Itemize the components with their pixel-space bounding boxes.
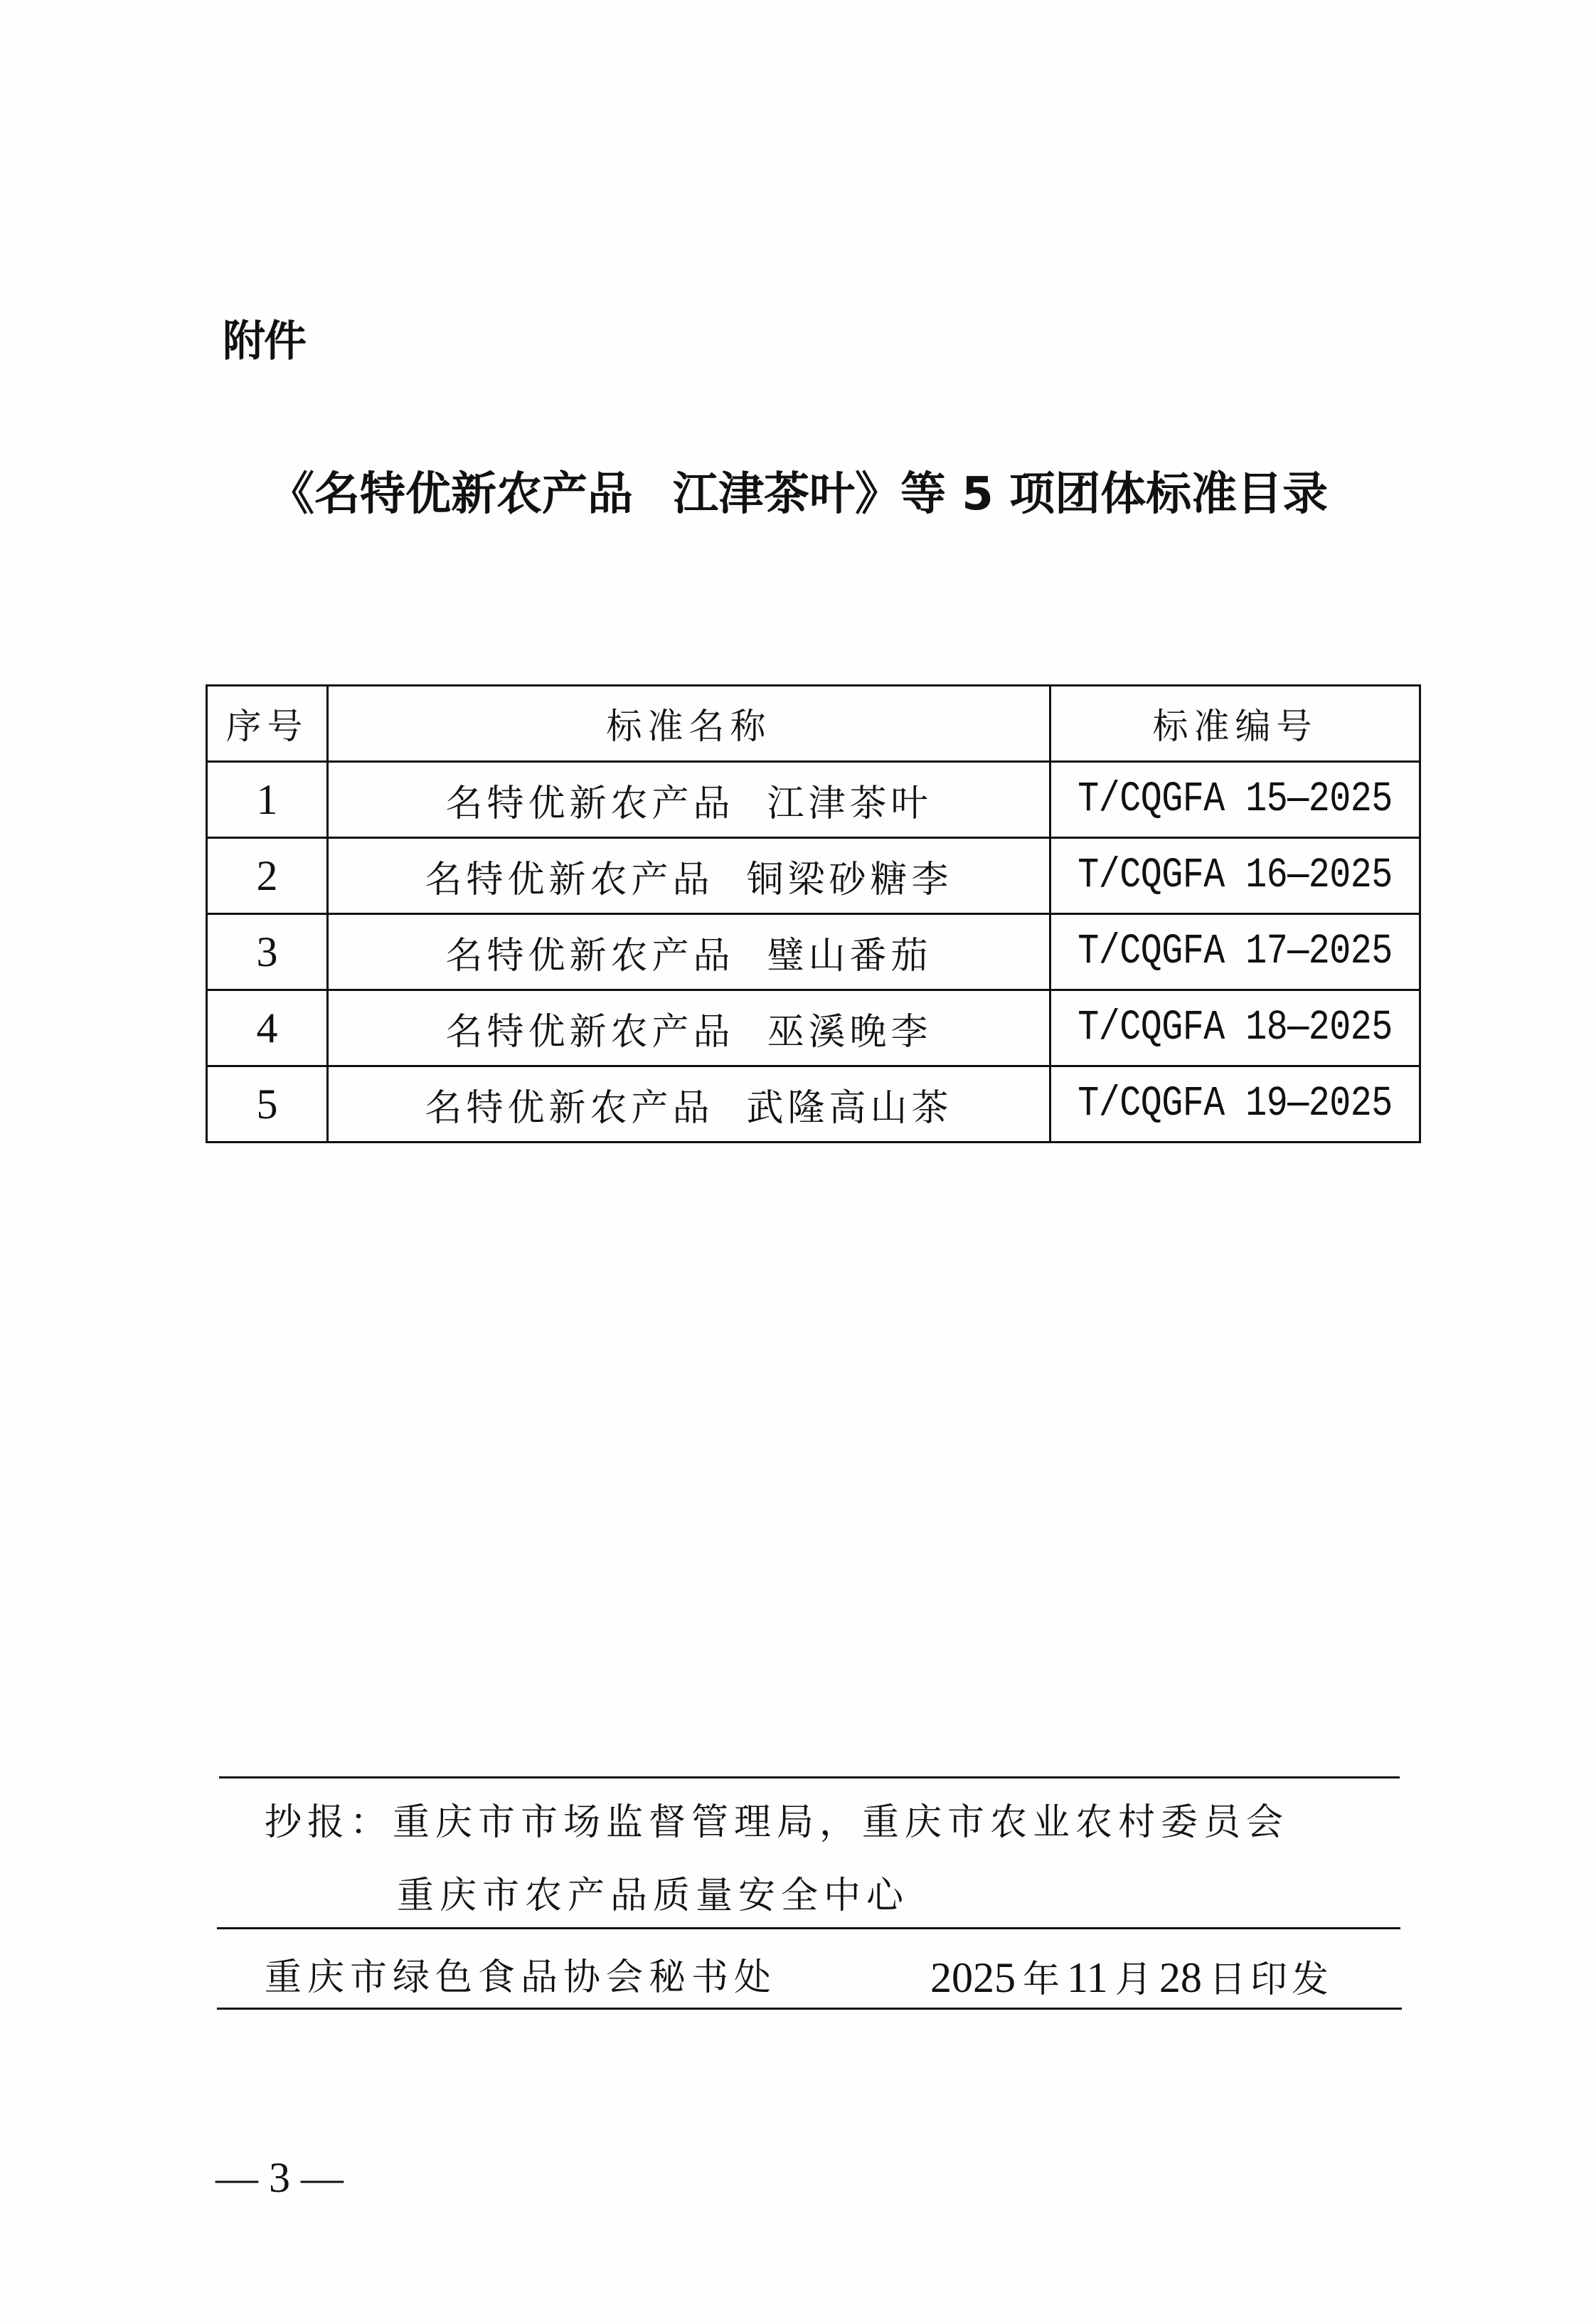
name-product: 巫溪晚李 bbox=[767, 1011, 932, 1054]
name-prefix: 名特优新农产品 bbox=[425, 859, 713, 901]
row-standard-name: 名特优新农产品璧山番茄 bbox=[328, 914, 1050, 990]
row-standard-code: T/CQGFA 16—2025 bbox=[1078, 852, 1393, 899]
footer-middle-rule bbox=[217, 1927, 1400, 1929]
issue-month: 11 bbox=[1067, 1954, 1108, 2001]
document-title: 《名特优新农产品江津茶叶》等 5 项团体标准目录 bbox=[269, 462, 1378, 526]
issue-date: 2025年11月28日印发 bbox=[930, 1953, 1340, 2005]
row-standard-code-cell: T/CQGFA 18—2025 bbox=[1050, 990, 1420, 1066]
row-standard-code: T/CQGFA 18—2025 bbox=[1078, 1004, 1393, 1051]
row-standard-code-cell: T/CQGFA 17—2025 bbox=[1050, 914, 1420, 990]
name-product: 江津茶叶 bbox=[767, 783, 932, 825]
name-product: 璧山番茄 bbox=[767, 935, 932, 977]
page-number: — 3 — bbox=[216, 2153, 344, 2202]
row-standard-name: 名特优新农产品武隆高山茶 bbox=[328, 1066, 1050, 1143]
row-index: 3 bbox=[207, 914, 328, 990]
row-standard-code: T/CQGFA 19—2025 bbox=[1078, 1080, 1393, 1128]
row-standard-code: T/CQGFA 17—2025 bbox=[1078, 928, 1393, 975]
cc-line-1: 抄报：重庆市市场监督管理局，重庆市农业农村委员会 bbox=[265, 1798, 1289, 1847]
table-header-row: 序号 标准名称 标准编号 bbox=[207, 686, 1420, 762]
row-standard-name: 名特优新农产品铜梁砂糖李 bbox=[328, 838, 1050, 914]
table-row: 5 名特优新农产品武隆高山茶 T/CQGFA 19—2025 bbox=[207, 1066, 1420, 1143]
attachment-label: 附件 bbox=[223, 313, 305, 370]
table-row: 2 名特优新农产品铜梁砂糖李 T/CQGFA 16—2025 bbox=[207, 838, 1420, 914]
row-index: 2 bbox=[207, 838, 328, 914]
table-row: 3 名特优新农产品璧山番茄 T/CQGFA 17—2025 bbox=[207, 914, 1420, 990]
header-standard-code: 标准编号 bbox=[1050, 686, 1420, 762]
issue-day: 28 bbox=[1159, 1954, 1202, 2001]
row-standard-name: 名特优新农产品巫溪晚李 bbox=[328, 990, 1050, 1066]
footer-top-rule bbox=[219, 1776, 1400, 1778]
cc-line-2: 重庆市农产品质量安全中心 bbox=[397, 1871, 909, 1921]
name-prefix: 名特优新农产品 bbox=[425, 1087, 713, 1130]
row-standard-name: 名特优新农产品江津茶叶 bbox=[328, 762, 1050, 838]
name-prefix: 名特优新农产品 bbox=[445, 935, 734, 977]
name-product: 铜梁砂糖李 bbox=[747, 859, 953, 901]
row-standard-code: T/CQGFA 15—2025 bbox=[1078, 775, 1393, 823]
row-standard-code-cell: T/CQGFA 16—2025 bbox=[1050, 838, 1420, 914]
document-title-part1: 《名特优新农产品 bbox=[269, 468, 633, 521]
issue-month-unit: 月 bbox=[1115, 1958, 1152, 2001]
document-page: 附件 《名特优新农产品江津茶叶》等 5 项团体标准目录 序号 标准名称 标准编号… bbox=[0, 0, 1596, 2322]
table-row: 1 名特优新农产品江津茶叶 T/CQGFA 15—2025 bbox=[207, 762, 1420, 838]
standards-table: 序号 标准名称 标准编号 1 名特优新农产品江津茶叶 T/CQGFA 15—20… bbox=[206, 684, 1421, 1143]
issuer: 重庆市绿色食品协会秘书处 bbox=[265, 1953, 777, 2003]
issue-year-unit: 年 bbox=[1023, 1958, 1060, 2001]
table-row: 4 名特优新农产品巫溪晚李 T/CQGFA 18—2025 bbox=[207, 990, 1420, 1066]
issue-year: 2025 bbox=[930, 1954, 1016, 2001]
row-index: 4 bbox=[207, 990, 328, 1066]
footer-bottom-rule bbox=[217, 2008, 1402, 2010]
name-prefix: 名特优新农产品 bbox=[445, 1011, 734, 1054]
document-title-part2: 江津茶叶》等 5 项团体标准目录 bbox=[673, 468, 1328, 521]
name-prefix: 名特优新农产品 bbox=[445, 783, 734, 825]
header-standard-name: 标准名称 bbox=[328, 686, 1050, 762]
row-index: 5 bbox=[207, 1066, 328, 1143]
row-standard-code-cell: T/CQGFA 19—2025 bbox=[1050, 1066, 1420, 1143]
issue-day-unit: 日印发 bbox=[1209, 1958, 1333, 2001]
row-standard-code-cell: T/CQGFA 15—2025 bbox=[1050, 762, 1420, 838]
name-product: 武隆高山茶 bbox=[747, 1087, 953, 1130]
header-index: 序号 bbox=[207, 686, 328, 762]
row-index: 1 bbox=[207, 762, 328, 838]
